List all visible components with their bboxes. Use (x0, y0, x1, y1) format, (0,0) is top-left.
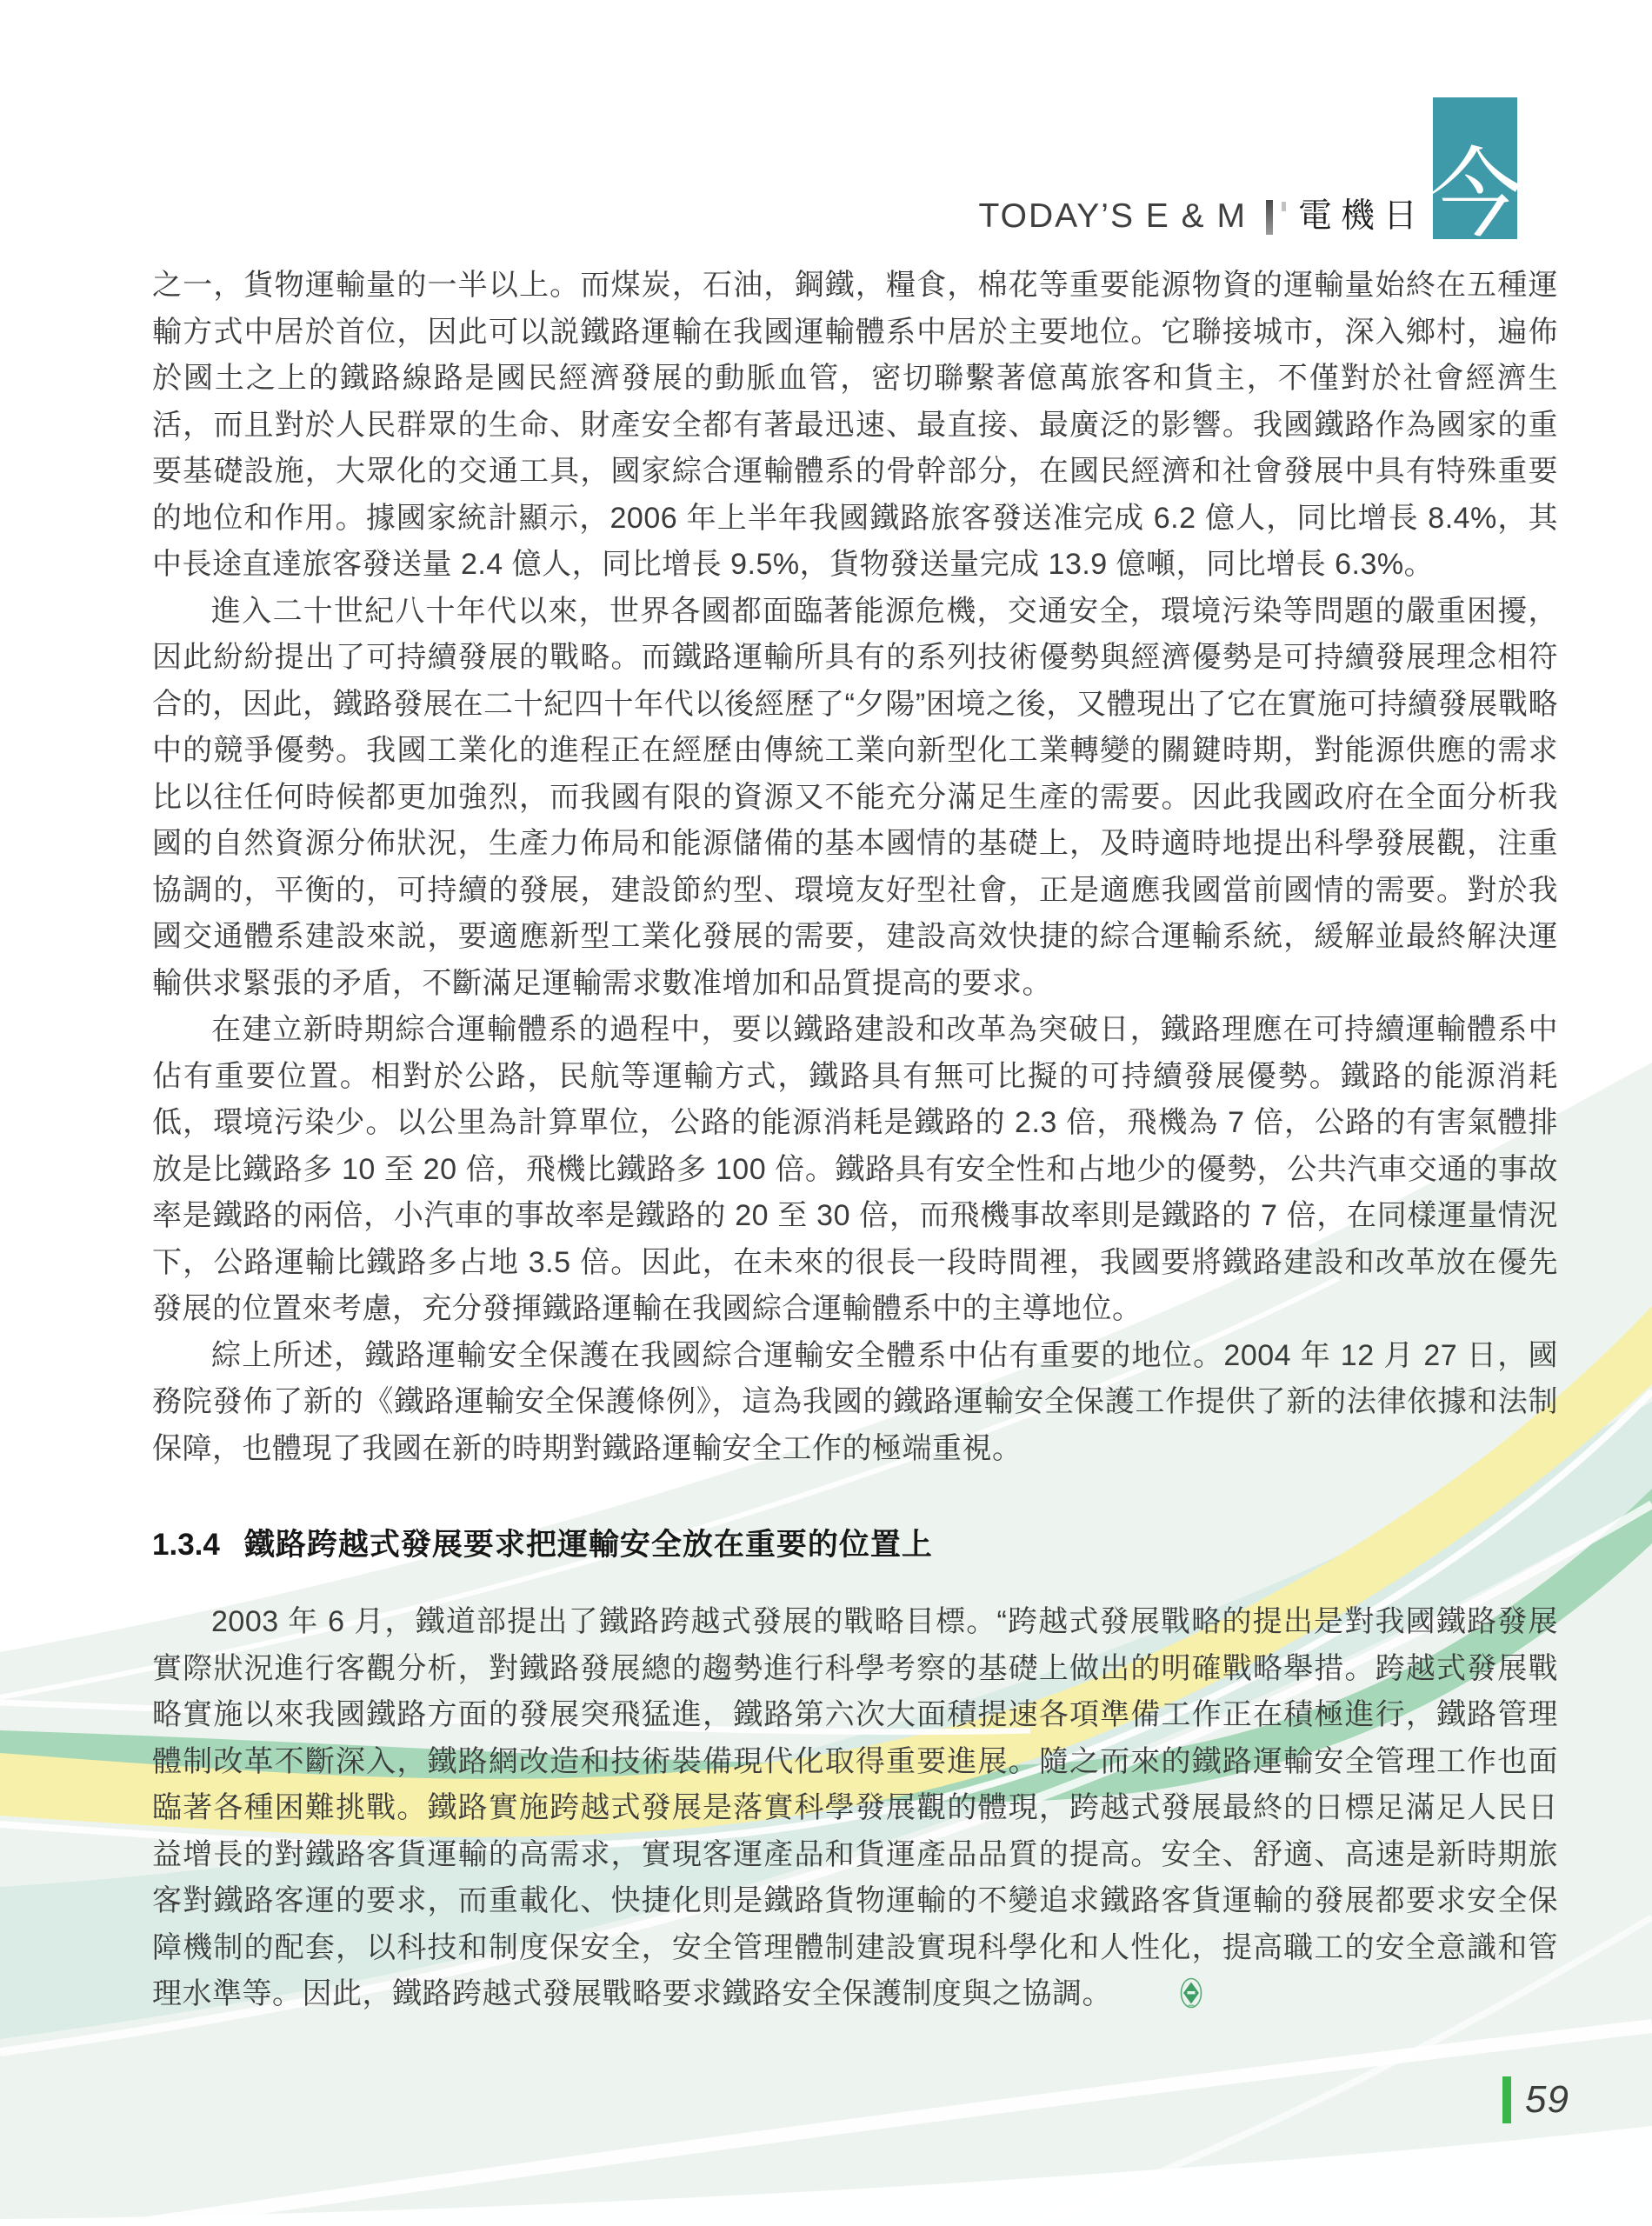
article-end-icon (1121, 1976, 1143, 2008)
section-title: 鐵路跨越式發展要求把運輸安全放在重要的位置上 (244, 1528, 933, 1562)
paragraph: 2003 年 6 月，鐵道部提出了鐵路跨越式發展的戰略目標。“跨越式發展戰略的提… (152, 1599, 1558, 2018)
article-body: 之一，貨物運輸量的一半以上。而煤炭，石油，鋼鐵，糧食，棉花等重要能源物資的運輸量… (152, 263, 1558, 2018)
header-separator-tick (1282, 202, 1286, 211)
magazine-page: TODAY’S E & M 電機日 今 之一，貨物運輸量的一半以上。而煤炭，石油… (0, 0, 1652, 2226)
paragraph: 綜上所述，鐵路運輸安全保護在我國綜合運輸安全體系中佔有重要的地位。2004 年 … (152, 1333, 1558, 1473)
page-number-bar (1502, 2076, 1511, 2123)
magazine-logo-character: 今 (1427, 147, 1524, 244)
page-header: TODAY’S E & M 電機日 (979, 195, 1426, 235)
header-separator-bar (1266, 200, 1273, 235)
page-number: 59 (1525, 2078, 1569, 2122)
paragraph: 在建立新時期綜合運輸體系的過程中，要以鐵路建設和改革為突破日，鐵路理應在可持續運… (152, 1007, 1558, 1333)
paragraph: 進入二十世紀八十年代以來，世界各國都面臨著能源危機，交通安全，環境污染等問題的嚴… (152, 589, 1558, 1008)
paragraph: 之一，貨物運輸量的一半以上。而煤炭，石油，鋼鐵，糧食，棉花等重要能源物資的運輸量… (152, 263, 1558, 589)
section-heading: 1.3.4鐵路跨越式發展要求把運輸安全放在重要的位置上 (152, 1521, 1558, 1570)
section-number: 1.3.4 (152, 1528, 220, 1562)
header-title-zh: 電機日 (1298, 199, 1426, 235)
paragraph-text: 2003 年 6 月，鐵道部提出了鐵路跨越式發展的戰略目標。“跨越式發展戰略的提… (152, 1605, 1558, 2010)
magazine-logo-box: 今 (1433, 97, 1517, 239)
header-title-en: TODAY’S E & M (979, 199, 1247, 235)
